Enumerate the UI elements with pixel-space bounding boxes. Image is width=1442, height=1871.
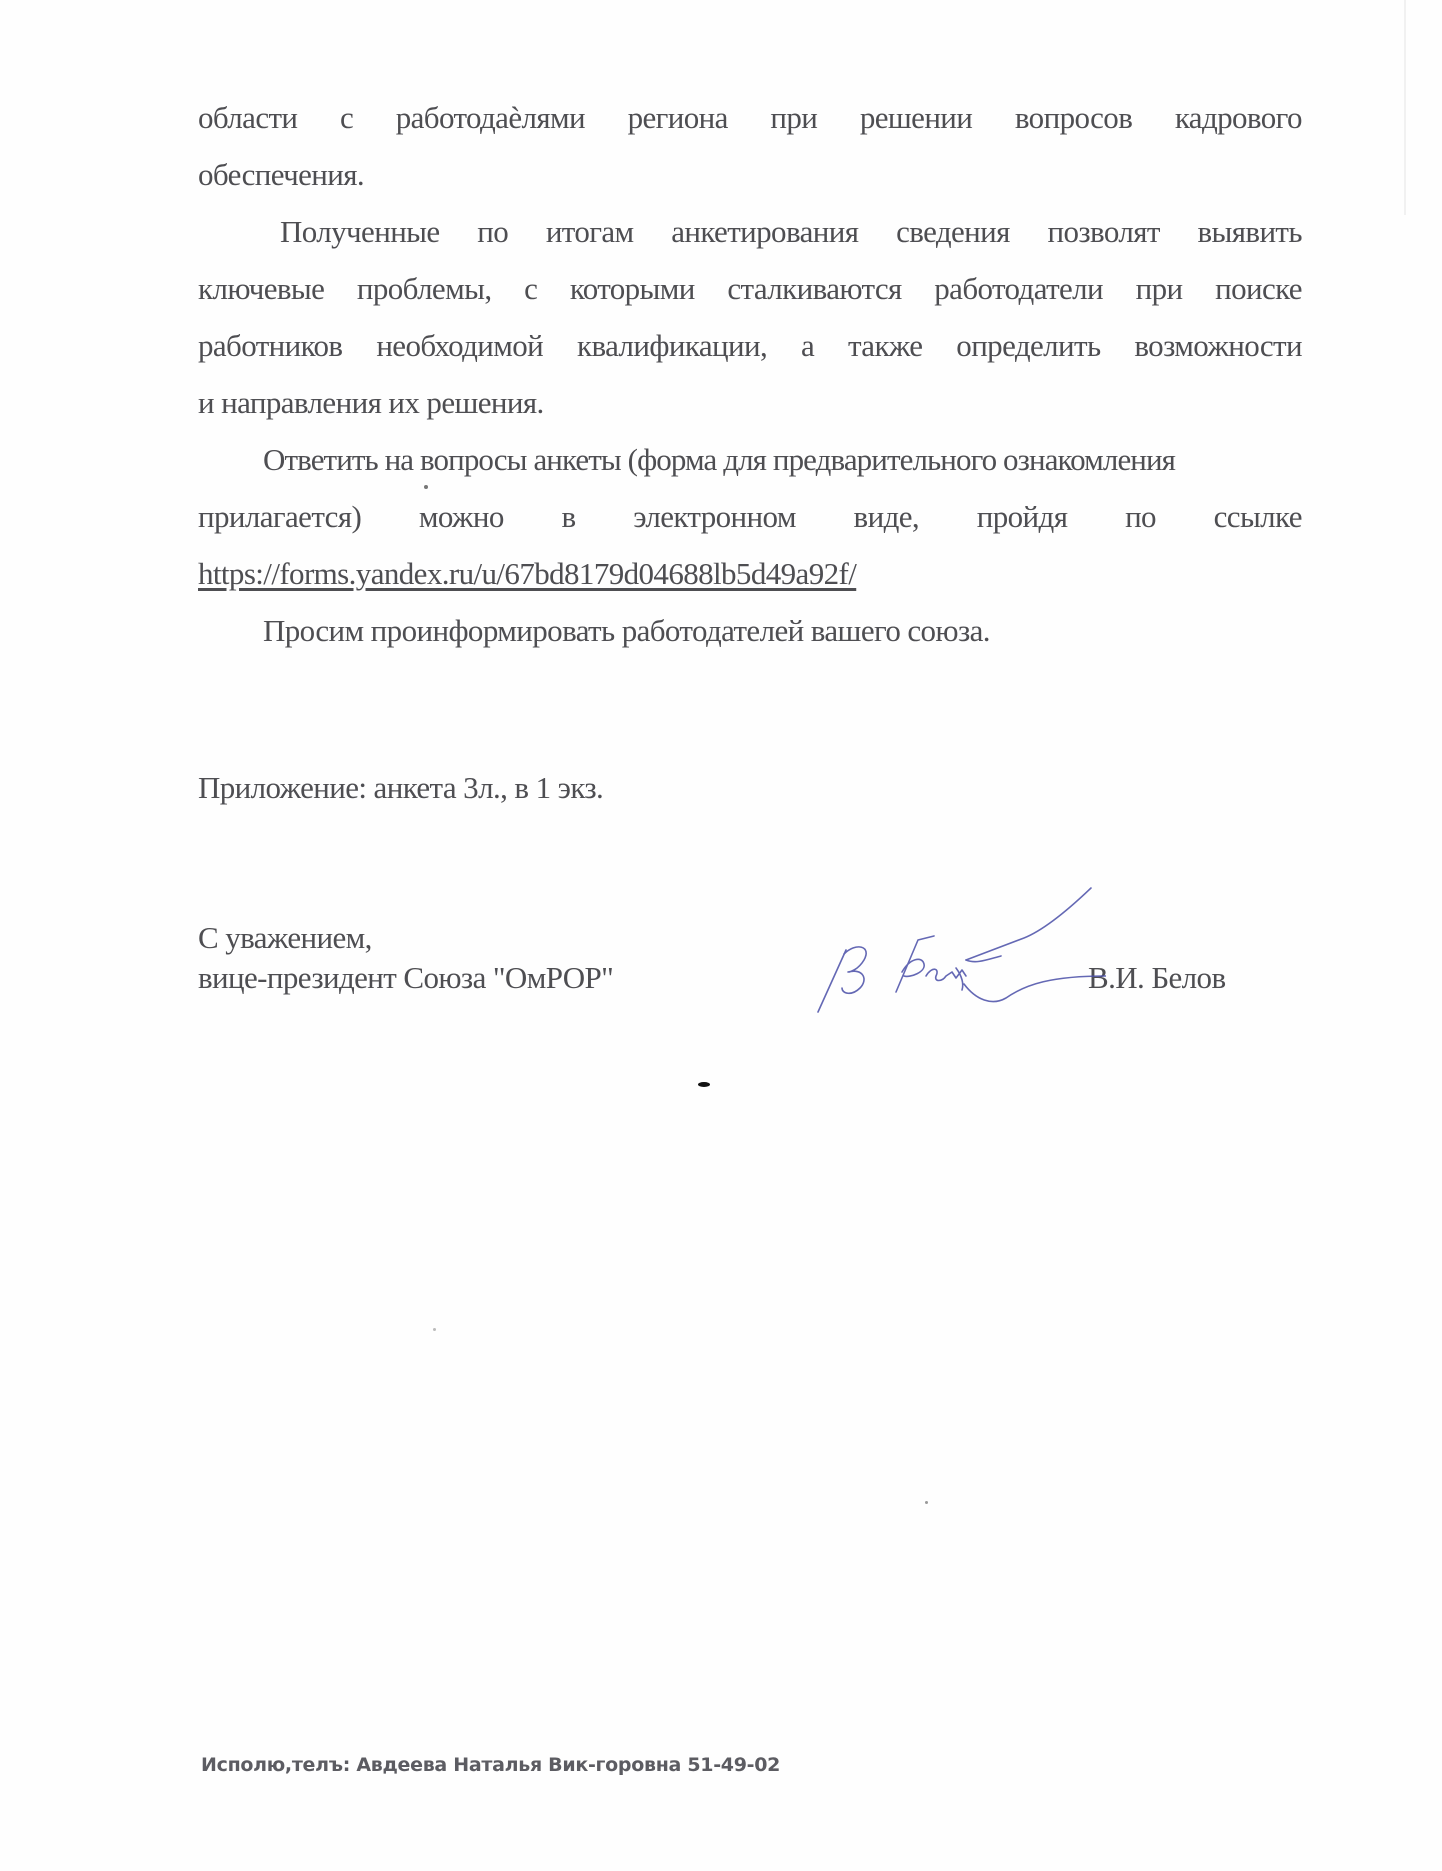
word: ссылке xyxy=(1214,499,1302,535)
scan-speck xyxy=(698,1082,710,1087)
paragraph-2-line-4: и направления их решения. xyxy=(198,385,544,421)
word: по xyxy=(477,214,508,250)
survey-link-line: https://forms.yandex.ru/u/67bd8179d04688… xyxy=(198,556,856,592)
word: в xyxy=(561,499,575,535)
word: позволят xyxy=(1047,214,1159,250)
word: итогам xyxy=(546,214,634,250)
scan-edge-mark xyxy=(1404,0,1406,215)
word: возможности xyxy=(1134,328,1302,364)
word: сталкиваются xyxy=(727,271,901,307)
signer-name: В.И. Белов xyxy=(1088,958,1225,998)
scan-speck xyxy=(433,1328,436,1331)
word: поиске xyxy=(1215,271,1302,307)
word: выявить xyxy=(1197,214,1301,250)
paragraph-2-line-1: Полученные по итогам анкетирования сведе… xyxy=(280,214,1302,250)
word: при xyxy=(770,100,817,136)
word: кадрового xyxy=(1175,100,1302,136)
signer-position: вице-президент Союза "ОмРОР" xyxy=(198,958,613,998)
word: решении xyxy=(860,100,972,136)
paragraph-2-line-3: работников необходимой квалификации, а т… xyxy=(198,328,1302,364)
executor-footer: Исполю,телъ: Авдеева Наталья Вик-горовна… xyxy=(201,1754,780,1776)
word: с xyxy=(340,100,353,136)
word: работодаѐлями xyxy=(396,100,585,136)
word: необходимой xyxy=(376,328,543,364)
paragraph-3-line-2: прилагается) можно в электронном виде, п… xyxy=(198,499,1302,535)
word: с xyxy=(524,271,537,307)
word: проблемы, xyxy=(357,271,492,307)
word: можно xyxy=(419,499,504,535)
word: работодатели xyxy=(934,271,1103,307)
word: определить xyxy=(956,328,1100,364)
word: электронном xyxy=(633,499,796,535)
word: области xyxy=(198,100,297,136)
handwritten-signature xyxy=(806,880,1106,1020)
word: сведения xyxy=(896,214,1010,250)
word: а xyxy=(801,328,814,364)
paragraph-1-line-2: обеспечения. xyxy=(198,157,364,193)
word: ключевые xyxy=(198,271,324,307)
word: анкетирования xyxy=(671,214,858,250)
document-page: области с работодаѐлями региона при реше… xyxy=(0,0,1442,1871)
word: также xyxy=(848,328,923,364)
word: виде, xyxy=(854,499,920,535)
scan-speck xyxy=(925,1501,928,1504)
word: при xyxy=(1136,271,1183,307)
paragraph-3-line-1: Ответить на вопросы анкеты (форма для пр… xyxy=(263,442,1302,478)
word: которыми xyxy=(570,271,695,307)
closing-greeting: С уважением, xyxy=(198,918,372,958)
paragraph-1-line-1: области с работодаѐлями региона при реше… xyxy=(198,100,1302,136)
word: Полученные xyxy=(280,214,440,250)
paragraph-2-line-2: ключевые проблемы, с которыми сталкивают… xyxy=(198,271,1302,307)
word: работников xyxy=(198,328,342,364)
scan-speck xyxy=(424,485,428,489)
survey-link[interactable]: https://forms.yandex.ru/u/67bd8179d04688… xyxy=(198,556,856,591)
paragraph-4: Просим проинформировать работодателей ва… xyxy=(263,613,990,649)
word: региона xyxy=(628,100,728,136)
word: по xyxy=(1125,499,1156,535)
word: пройдя xyxy=(977,499,1068,535)
word: вопросов xyxy=(1015,100,1132,136)
word: квалификации, xyxy=(577,328,767,364)
attachment-note: Приложение: анкета 3л., в 1 экз. xyxy=(198,770,603,806)
word: прилагается) xyxy=(198,499,361,535)
